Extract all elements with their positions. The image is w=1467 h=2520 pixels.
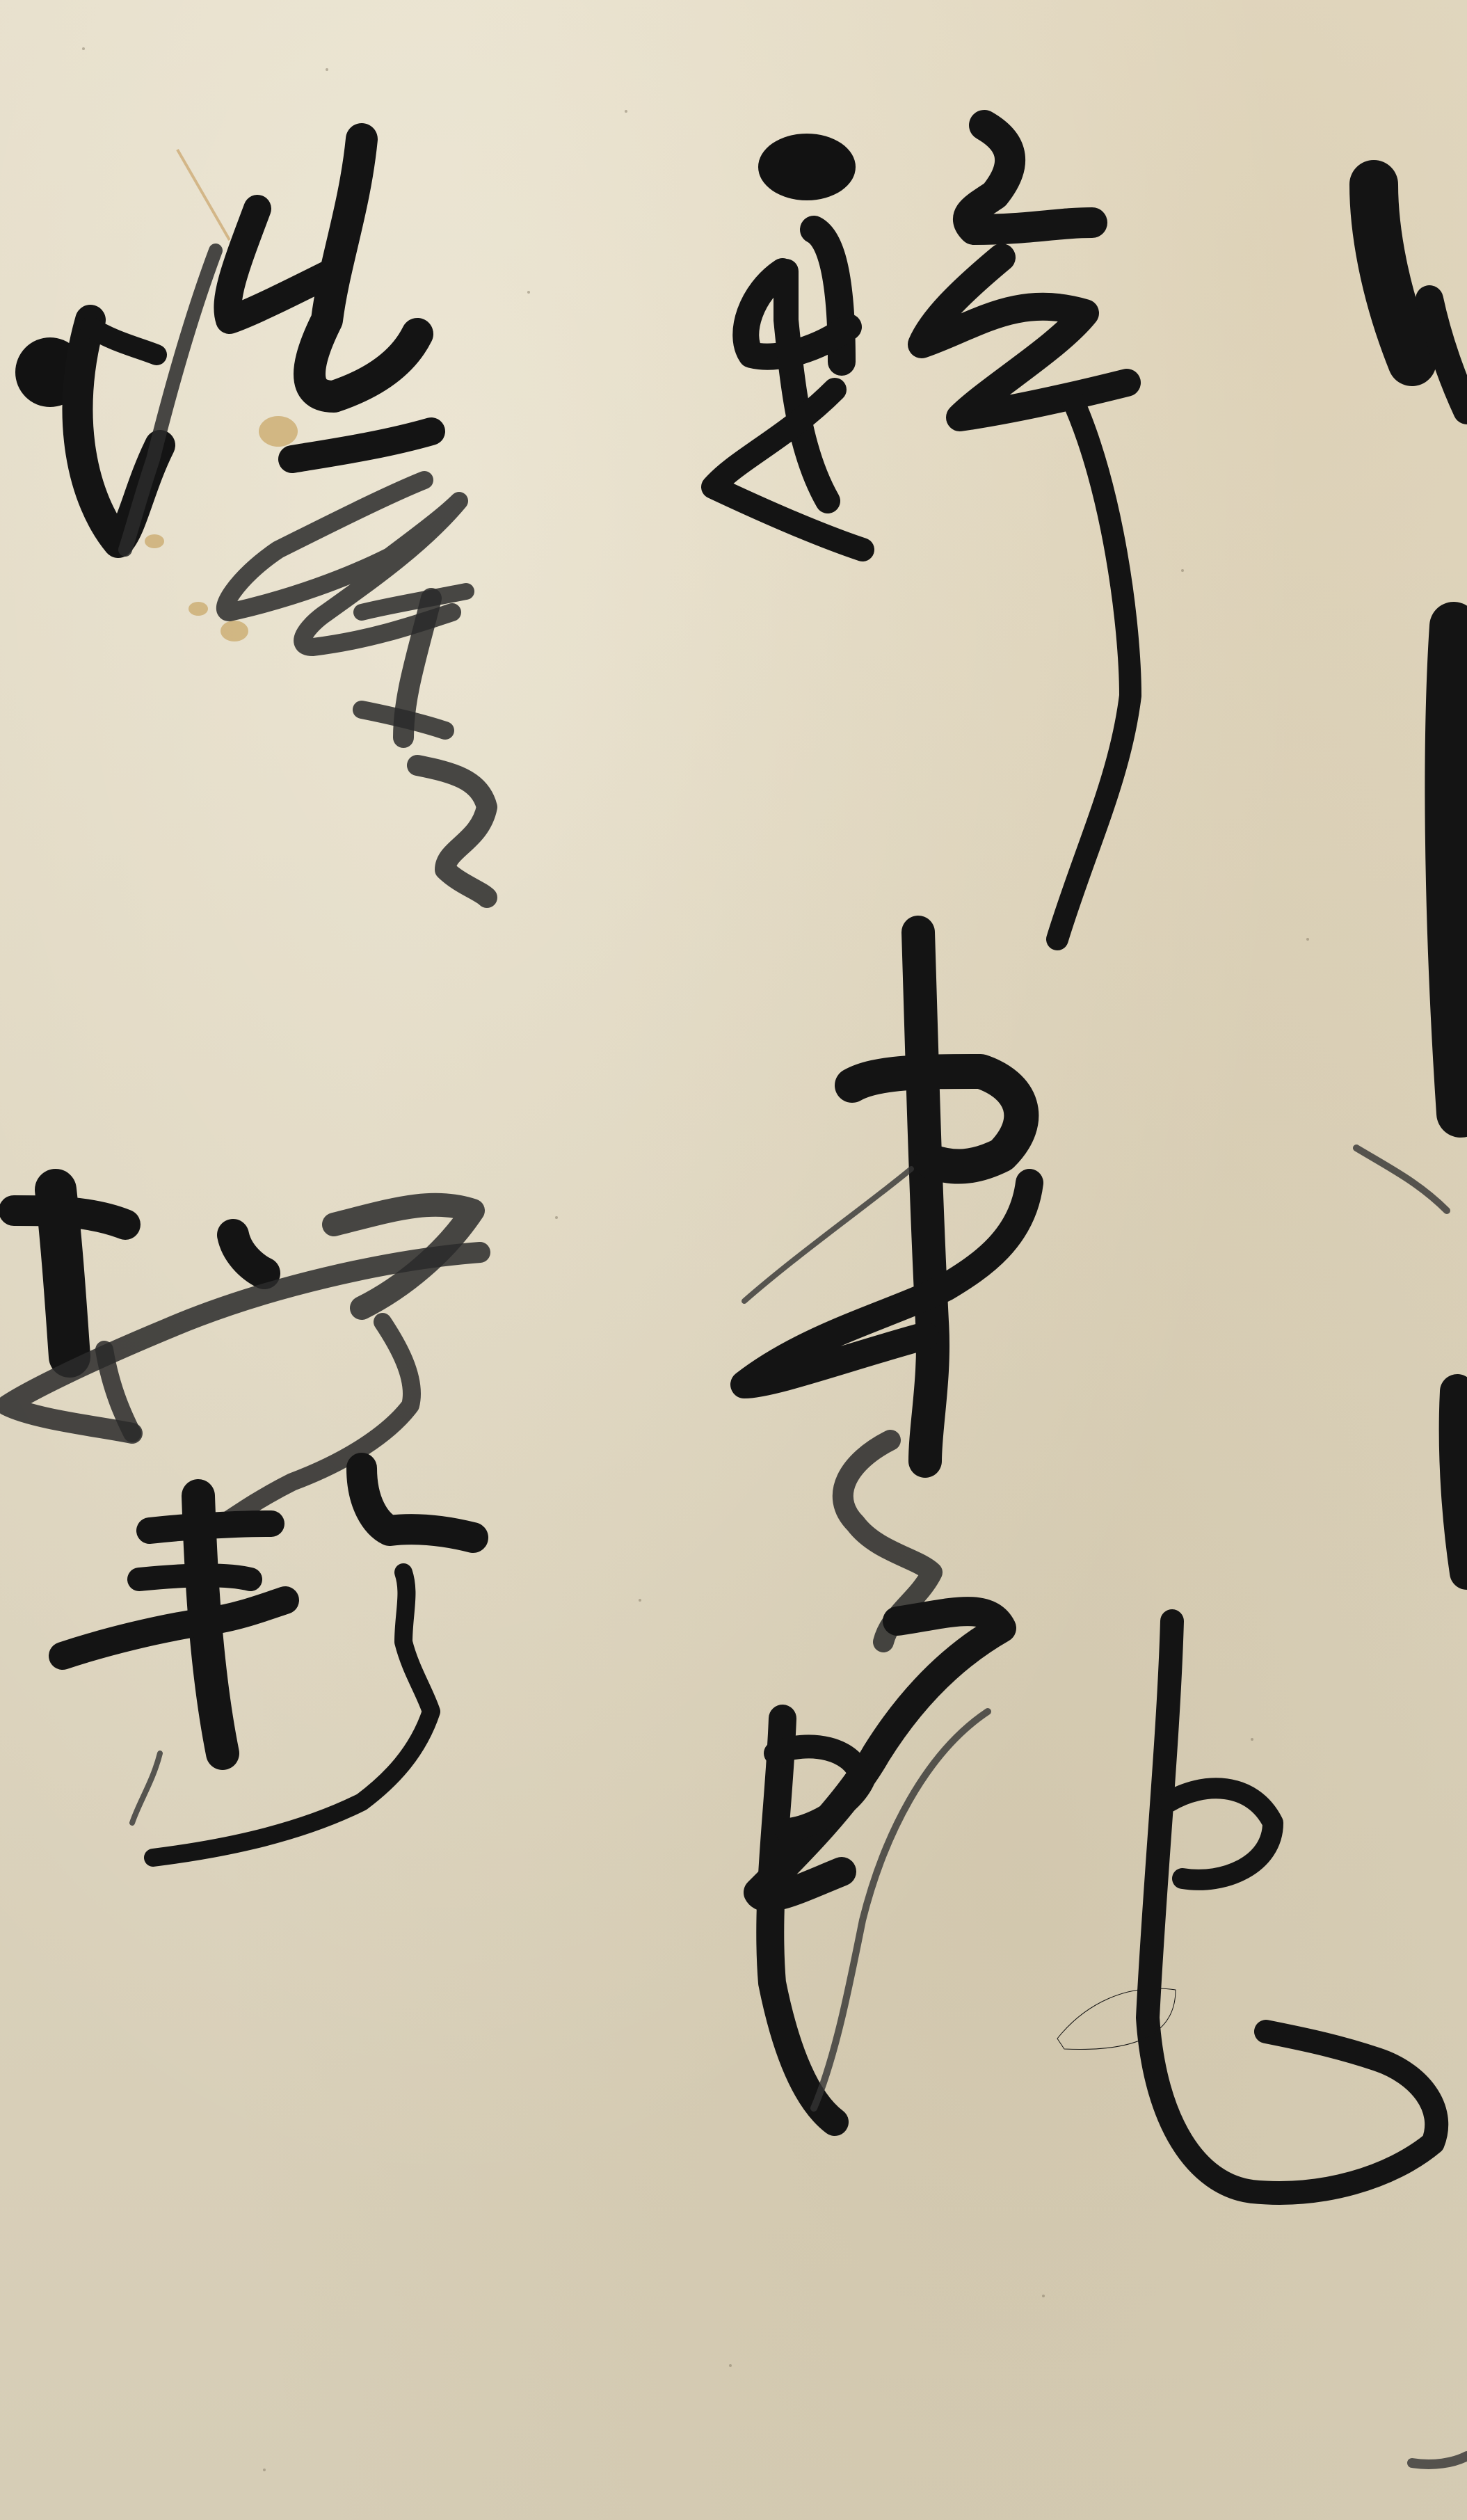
right-column-fragment	[1356, 184, 1467, 2464]
center-column	[713, 125, 1436, 2193]
calligraphy-strokes	[0, 0, 1467, 2520]
left-column	[7, 139, 487, 1858]
calligraphy-artwork: Cursive Chinese calligraphy in black ink…	[0, 0, 1467, 2520]
